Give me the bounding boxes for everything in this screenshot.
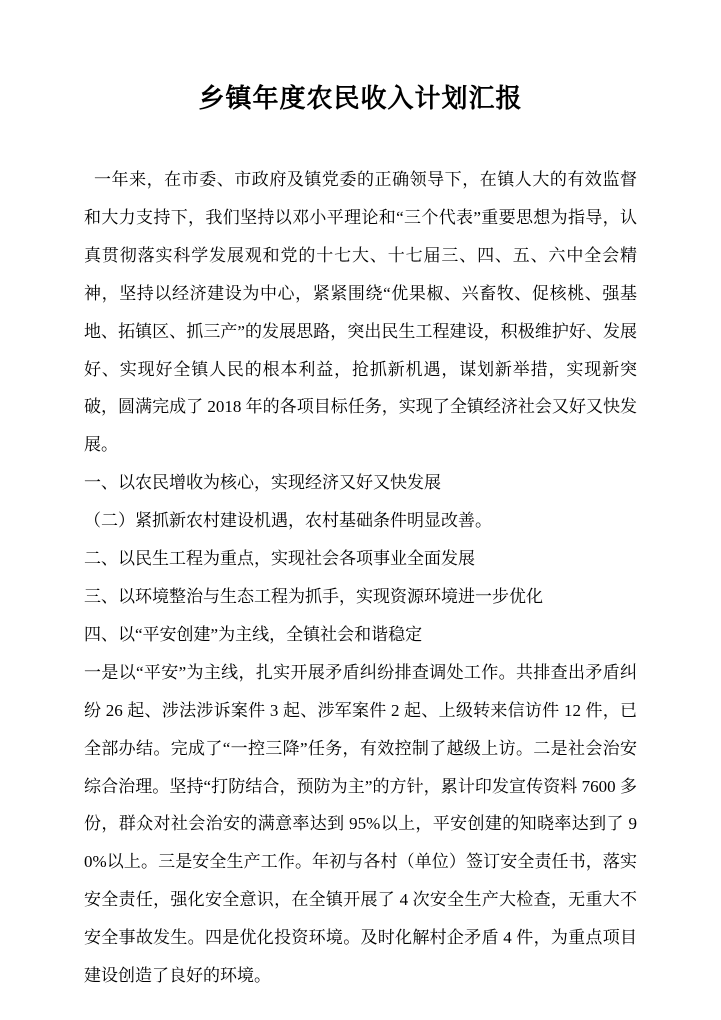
document-page: 乡镇年度农民收入计划汇报 一年来，在市委、市政府及镇党委的正确领导下，在镇人大的… [0,0,721,1020]
paragraph-safety-details: 一是以“平安”为主线，扎实开展矛盾纠纷排查调处工作。共排查出矛盾纠纷 26 起、… [84,654,637,995]
heading-section-three: 三、以环境整治与生态工程为抓手，实现资源环境进一步优化 [84,578,637,616]
document-body: 一年来，在市委、市政府及镇党委的正确领导下，在镇人大的有效监督和大力支持下，我们… [84,161,637,995]
heading-section-one: 一、以农民增收为核心，实现经济又好又快发展 [84,464,637,502]
heading-subsection-two: （二）紧抓新农村建设机遇，农村基础条件明显改善。 [84,502,637,540]
heading-section-two: 二、以民生工程为重点，实现社会各项事业全面发展 [84,540,637,578]
heading-section-four: 四、以“平安创建”为主线，全镇社会和谐稳定 [84,616,637,654]
document-title: 乡镇年度农民收入计划汇报 [84,83,637,114]
paragraph-intro: 一年来，在市委、市政府及镇党委的正确领导下，在镇人大的有效监督和大力支持下，我们… [84,161,637,464]
